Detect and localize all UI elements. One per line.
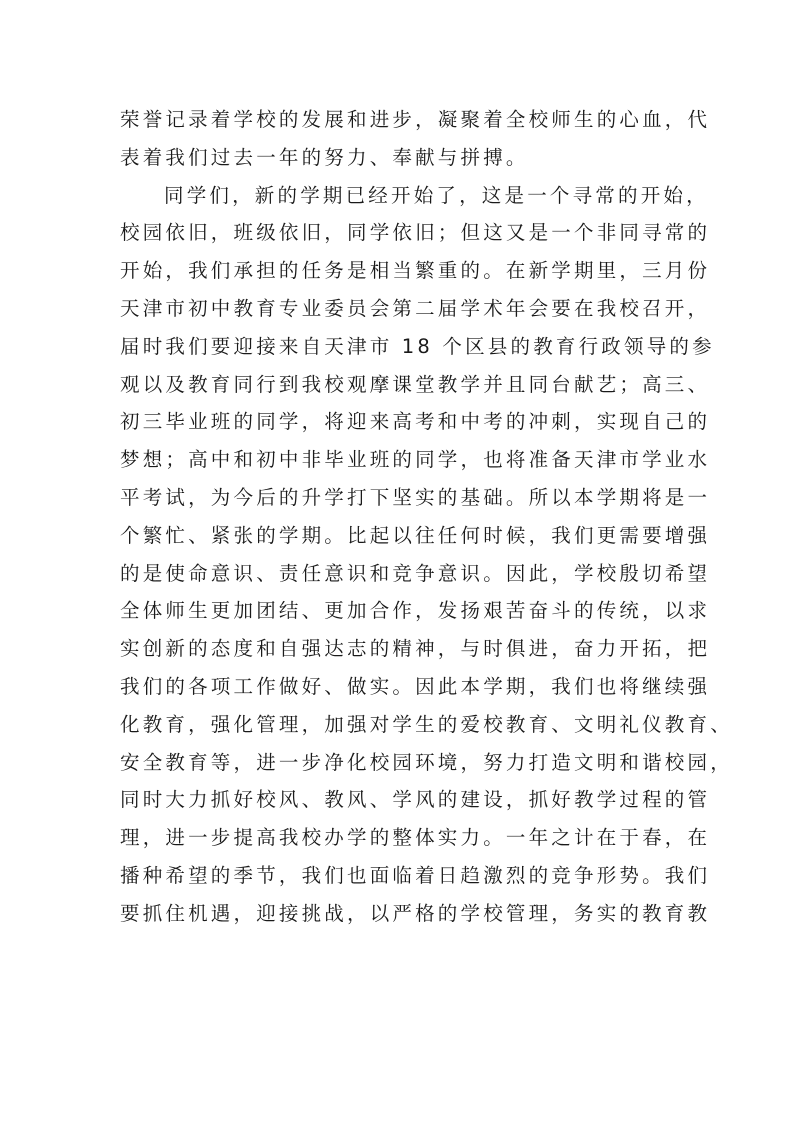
- document-page: 荣誉记录着学校的发展和进步，凝聚着全校师生的心血，代 表着我们过去一年的努力、奉…: [120, 101, 676, 933]
- paragraph-line: 的是使命意识、责任意识和竞争意识。因此，学校殷切希望: [120, 555, 676, 593]
- paragraph-line: 实创新的态度和自强达志的精神，与时俱进，奋力开拓，把: [120, 630, 676, 668]
- paragraph-line: 开始，我们承担的任务是相当繁重的。在新学期里，三月份: [120, 252, 676, 290]
- paragraph-line: 观以及教育同行到我校观摩课堂教学并且同台献艺；高三、: [120, 366, 676, 404]
- paragraph-line: 届时我们要迎接来自天津市 18 个区县的教育行政领导的参: [120, 328, 676, 366]
- paragraph-line: 播种希望的季节，我们也面临着日趋激烈的竞争形势。我们: [120, 857, 676, 895]
- paragraph-line: 理，进一步提高我校办学的整体实力。一年之计在于春，在: [120, 819, 676, 857]
- paragraph-line: 要抓住机遇，迎接挑战，以严格的学校管理，务实的教育教: [120, 895, 676, 933]
- paragraph-line: 我们的各项工作做好、做实。因此本学期，我们也将继续强: [120, 668, 676, 706]
- paragraph-line: 个繁忙、紧张的学期。比起以往任何时候，我们更需要增强: [120, 517, 676, 555]
- paragraph-line: 同时大力抓好校风、教风、学风的建设，抓好教学过程的管: [120, 781, 676, 819]
- paragraph-line: 表着我们过去一年的努力、奉献与拼搏。: [120, 139, 676, 177]
- paragraph-line: 全体师生更加团结、更加合作，发扬艰苦奋斗的传统，以求: [120, 592, 676, 630]
- paragraph-line: 荣誉记录着学校的发展和进步，凝聚着全校师生的心血，代: [120, 101, 676, 139]
- paragraph-line: 校园依旧，班级依旧，同学依旧；但这又是一个非同寻常的: [120, 214, 676, 252]
- paragraph-line: 梦想；高中和初中非毕业班的同学，也将准备天津市学业水: [120, 441, 676, 479]
- paragraph-line: 初三毕业班的同学，将迎来高考和中考的冲刺，实现自己的: [120, 403, 676, 441]
- paragraph-line: 化教育，强化管理，加强对学生的爱校教育、文明礼仪教育、: [120, 706, 676, 744]
- paragraph-line: 安全教育等，进一步净化校园环境，努力打造文明和谐校园，: [120, 744, 676, 782]
- paragraph-line: 同学们，新的学期已经开始了，这是一个寻常的开始，: [120, 177, 676, 215]
- paragraph-line: 平考试，为今后的升学打下坚实的基础。所以本学期将是一: [120, 479, 676, 517]
- paragraph-line: 天津市初中教育专业委员会第二届学术年会要在我校召开，: [120, 290, 676, 328]
